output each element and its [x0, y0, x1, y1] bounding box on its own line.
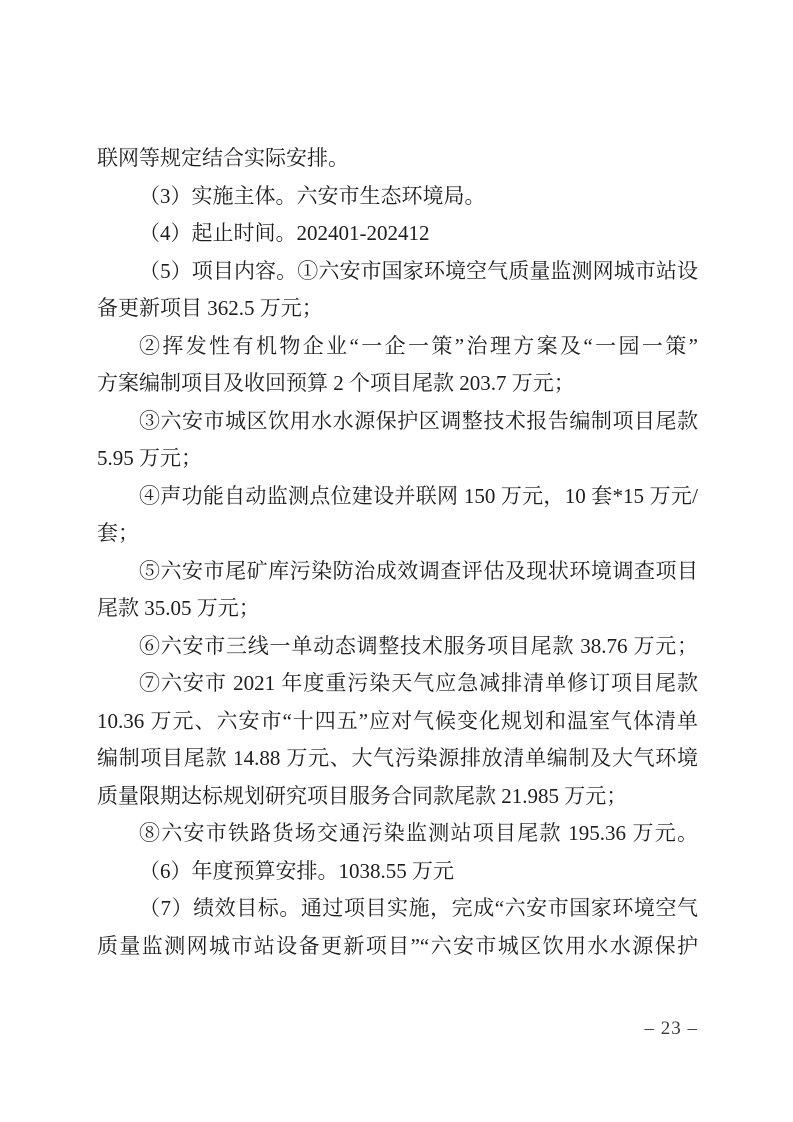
document-body: 联网等规定结合实际安排。（3）实施主体。六安市生态环境局。（4）起止时间。202…	[97, 140, 698, 965]
text-line: 方案编制项目及收回预算 2 个项目尾款 203.7 万元；	[97, 365, 698, 403]
text-line: （3）实施主体。六安市生态环境局。	[97, 178, 698, 216]
text-line: 10.36 万元、六安市“十四五”应对气候变化规划和温室气体清单	[97, 703, 698, 741]
text-line: 质量监测网城市站设备更新项目”“六安市城区饮用水水源保护	[97, 928, 698, 966]
text-line: （6）年度预算安排。1038.55 万元	[97, 853, 698, 891]
text-line: 联网等规定结合实际安排。	[97, 140, 698, 178]
page-number: – 23 –	[97, 1018, 698, 1040]
text-line: 质量限期达标规划研究项目服务合同款尾款 21.985 万元；	[97, 778, 698, 816]
text-line: ②挥发性有机物企业“一企一策”治理方案及“一园一策”	[97, 328, 698, 366]
document-page: 联网等规定结合实际安排。（3）实施主体。六安市生态环境局。（4）起止时间。202…	[0, 0, 793, 1122]
text-line: ③六安市城区饮用水水源保护区调整技术报告编制项目尾款	[97, 403, 698, 441]
text-line: ⑥六安市三线一单动态调整技术服务项目尾款 38.76 万元；	[97, 628, 698, 666]
text-line: （5）项目内容。①六安市国家环境空气质量监测网城市站设	[97, 253, 698, 291]
text-line: 编制项目尾款 14.88 万元、大气污染源排放清单编制及大气环境	[97, 740, 698, 778]
text-line: ⑧六安市铁路货场交通污染监测站项目尾款 195.36 万元。	[97, 815, 698, 853]
text-line: 备更新项目 362.5 万元；	[97, 290, 698, 328]
text-line: ⑦六安市 2021 年度重污染天气应急减排清单修订项目尾款	[97, 665, 698, 703]
text-line: （4）起止时间。202401-202412	[97, 215, 698, 253]
text-line: 尾款 35.05 万元；	[97, 590, 698, 628]
text-line: ④声功能自动监测点位建设并联网 150 万元，10 套*15 万元/	[97, 478, 698, 516]
text-line: 5.95 万元；	[97, 440, 698, 478]
text-line: 套；	[97, 515, 698, 553]
text-line: ⑤六安市尾矿库污染防治成效调查评估及现状环境调查项目	[97, 553, 698, 591]
text-line: （7）绩效目标。通过项目实施，完成“六安市国家环境空气	[97, 890, 698, 928]
